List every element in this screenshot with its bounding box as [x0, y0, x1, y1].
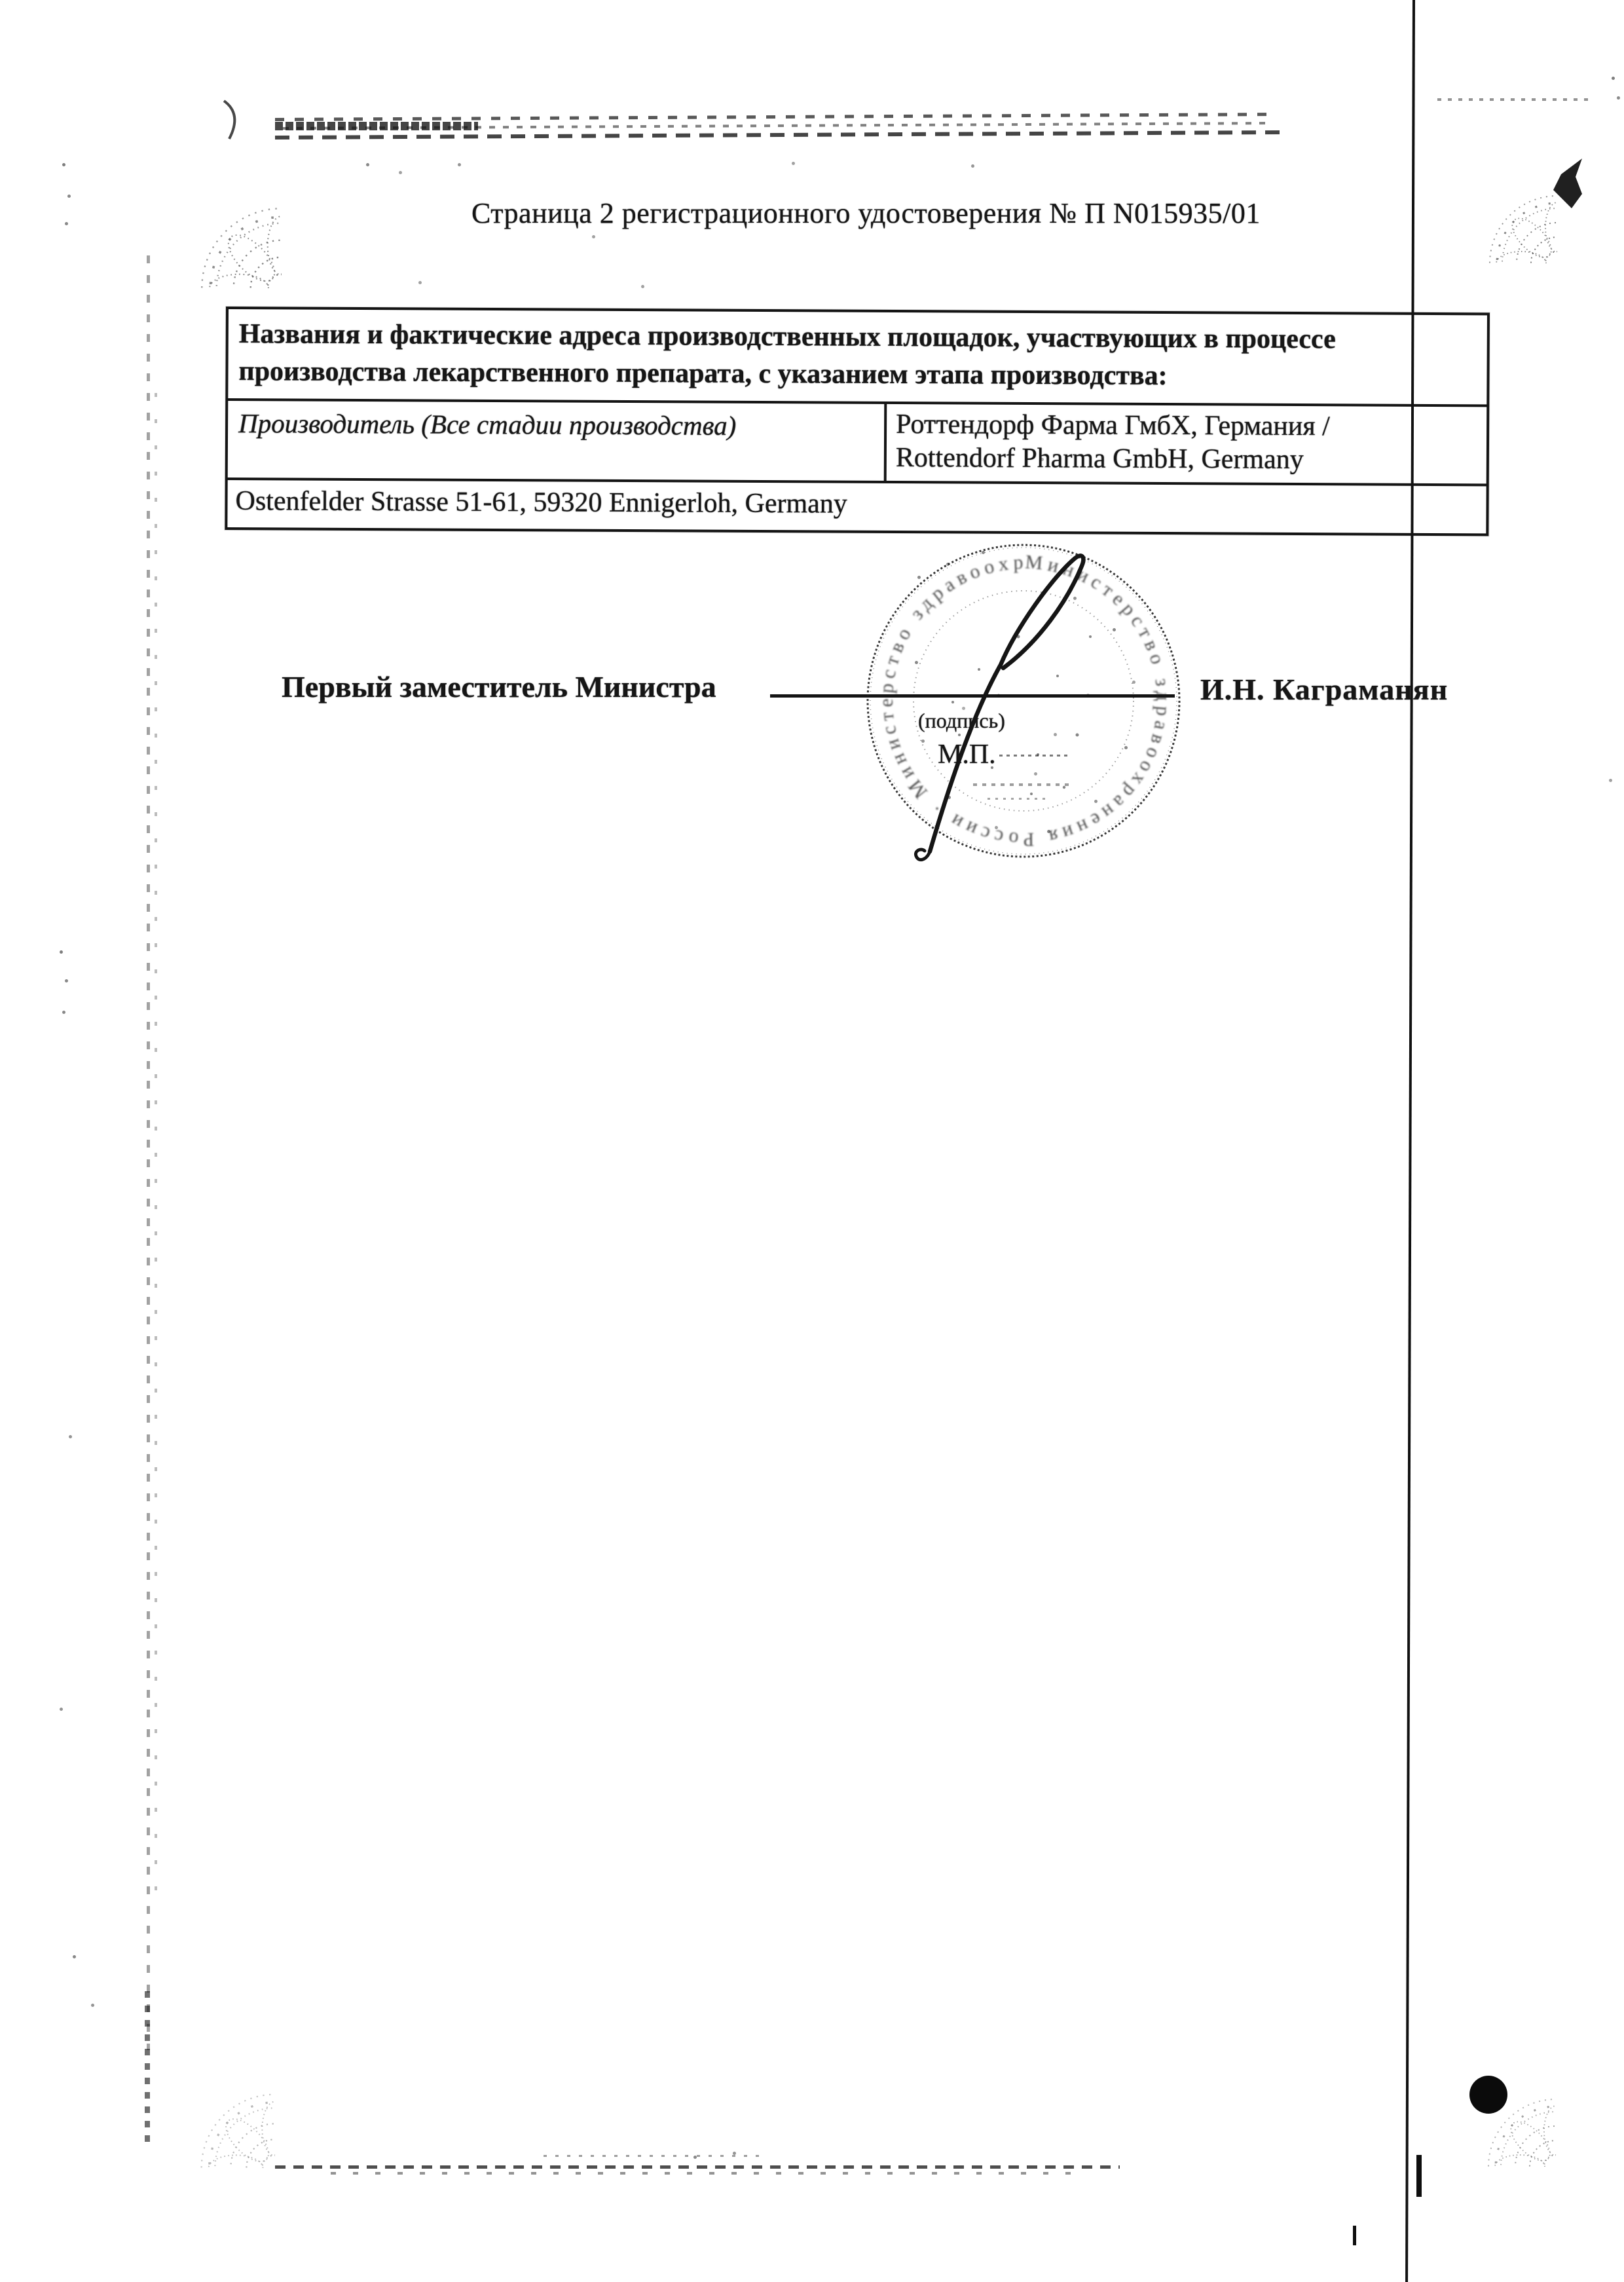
scan-speckles — [0, 0, 2, 2]
page-header: Страница 2 регистрационного удостоверени… — [471, 196, 1261, 230]
scan-tick-mark — [1353, 2226, 1356, 2245]
scan-noise-top — [275, 130, 1283, 140]
scan-noise-left-margin — [147, 255, 150, 2050]
table-row: Производитель (Все стадии производства) … — [228, 401, 1487, 486]
scan-noise-bottom — [544, 2155, 760, 2157]
scan-noise-bottom — [275, 2165, 1120, 2169]
scan-noise-bottom — [331, 2172, 1077, 2175]
stray-curve-mark — [216, 98, 255, 144]
scan-noise-left-margin — [155, 393, 157, 1899]
signature-squiggle — [910, 536, 1192, 876]
producer-value-cell: Роттендорф Фарма ГмбХ, Германия / Rotten… — [887, 404, 1487, 483]
guilloche-rosette-top-left — [111, 118, 282, 288]
guilloche-rosette-bottom-left — [118, 2011, 275, 2168]
table-caption: Названия и фактические адреса производст… — [228, 309, 1487, 407]
scanned-certificate-page: Страница 2 регистрационного удостоверени… — [0, 0, 1624, 2282]
signer-title: Первый заместитель Министра — [282, 669, 716, 704]
producer-label-cell: Производитель (Все стадии производства) — [228, 401, 887, 480]
scan-noise-top — [275, 113, 1277, 121]
scan-noise-top-right — [1437, 98, 1588, 101]
scan-noise-top — [275, 122, 478, 130]
black-dot-mark — [1469, 2076, 1507, 2114]
manufacturing-sites-table: Названия и фактические адреса производст… — [225, 307, 1490, 536]
edge-mark-icon — [1553, 157, 1586, 210]
signer-name: И.Н. Каграманян — [1200, 672, 1448, 707]
address-cell: Ostenfelder Strasse 51-61, 59320 Enniger… — [227, 480, 1486, 533]
guilloche-rosette-top-right — [1413, 119, 1557, 263]
